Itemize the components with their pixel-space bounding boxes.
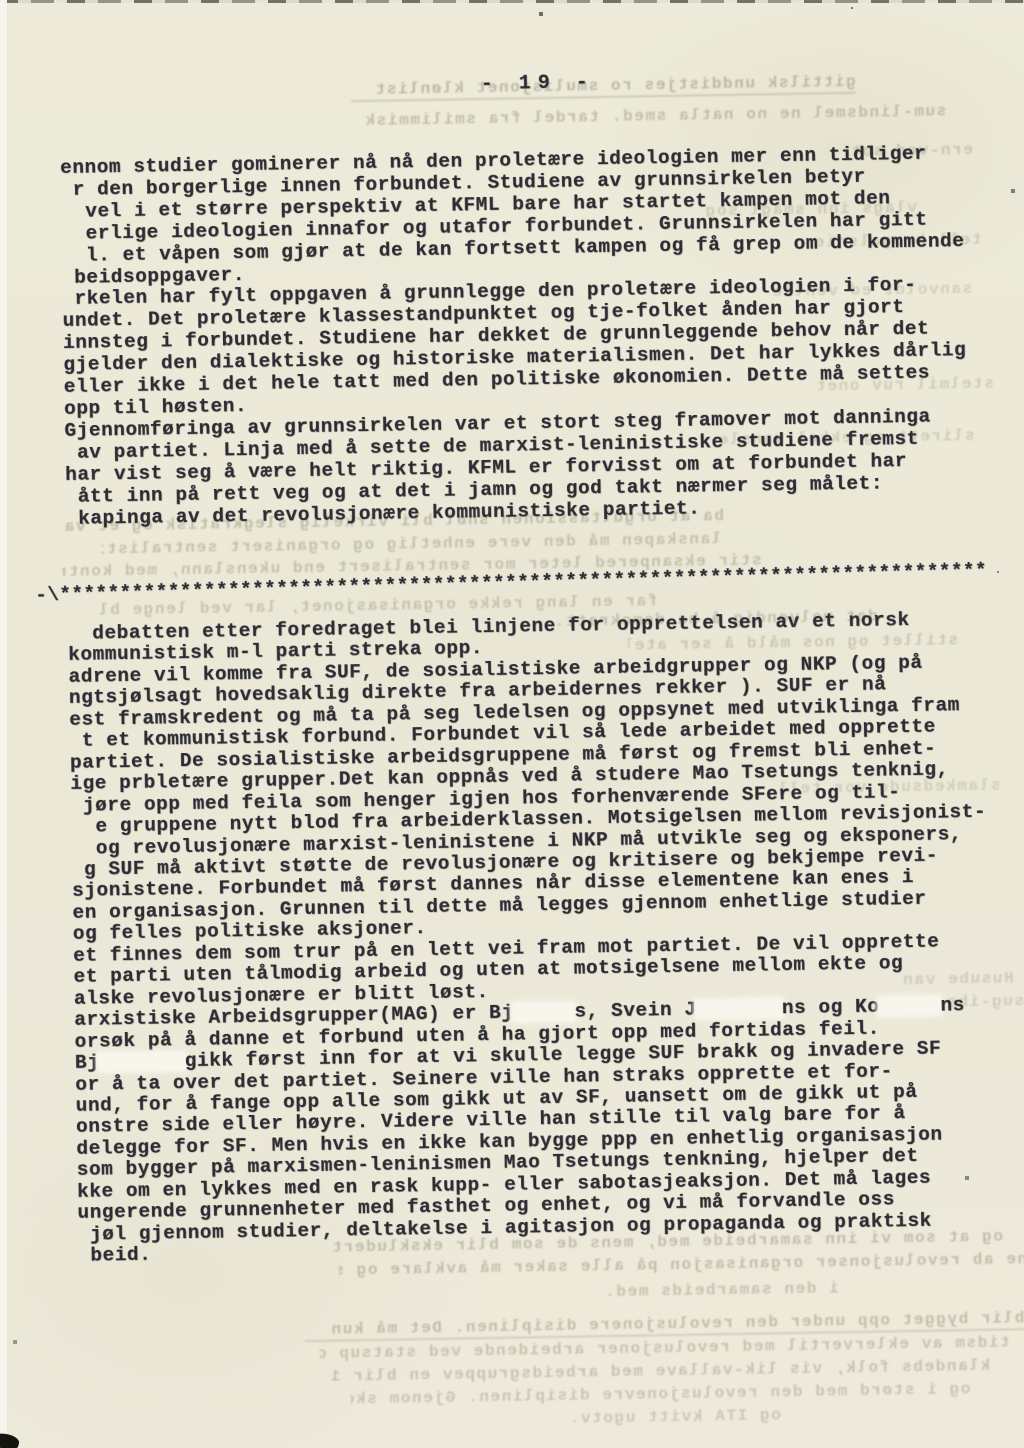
redaction-whiteout [513,1004,574,1021]
bleedthrough-line: gittilsk unddistjes ro smulisjonet klønl… [351,73,856,102]
bleedthrough-line: i den samarbeids med. [409,1279,839,1305]
typed-text-segment: ns [940,994,965,1016]
typed-text-segment: s, Svein J [574,999,696,1023]
redaction-whiteout [879,998,940,1015]
paragraph-block-upper: ennom studier gominerer nå nå den prolet… [60,143,969,530]
redaction-whiteout [696,1000,782,1017]
typed-text-segment: Bj [75,1052,100,1074]
paragraph-block-lower: debatten etter foredraget blei linjene f… [68,609,994,1268]
typed-text-segment: ns og Ko [782,996,880,1020]
typed-content-layer: gittilsk unddistjes ro smulisjonet klønl… [0,0,1024,1448]
redaction-whiteout [99,1053,185,1070]
bleedthrough-line: sum-lindsmel ne no natla smed. tardel fr… [241,102,946,133]
page-number: - 19 - [481,71,595,96]
ink-blob-artifact [0,1431,20,1448]
bleedthrough-line: og ITA kvitt ugotv. [441,1406,781,1431]
scanned-document-page: gittilsk unddistjes ro smulisjonet klønl… [0,0,1024,1448]
scan-speck-artifacts [0,0,2,2]
